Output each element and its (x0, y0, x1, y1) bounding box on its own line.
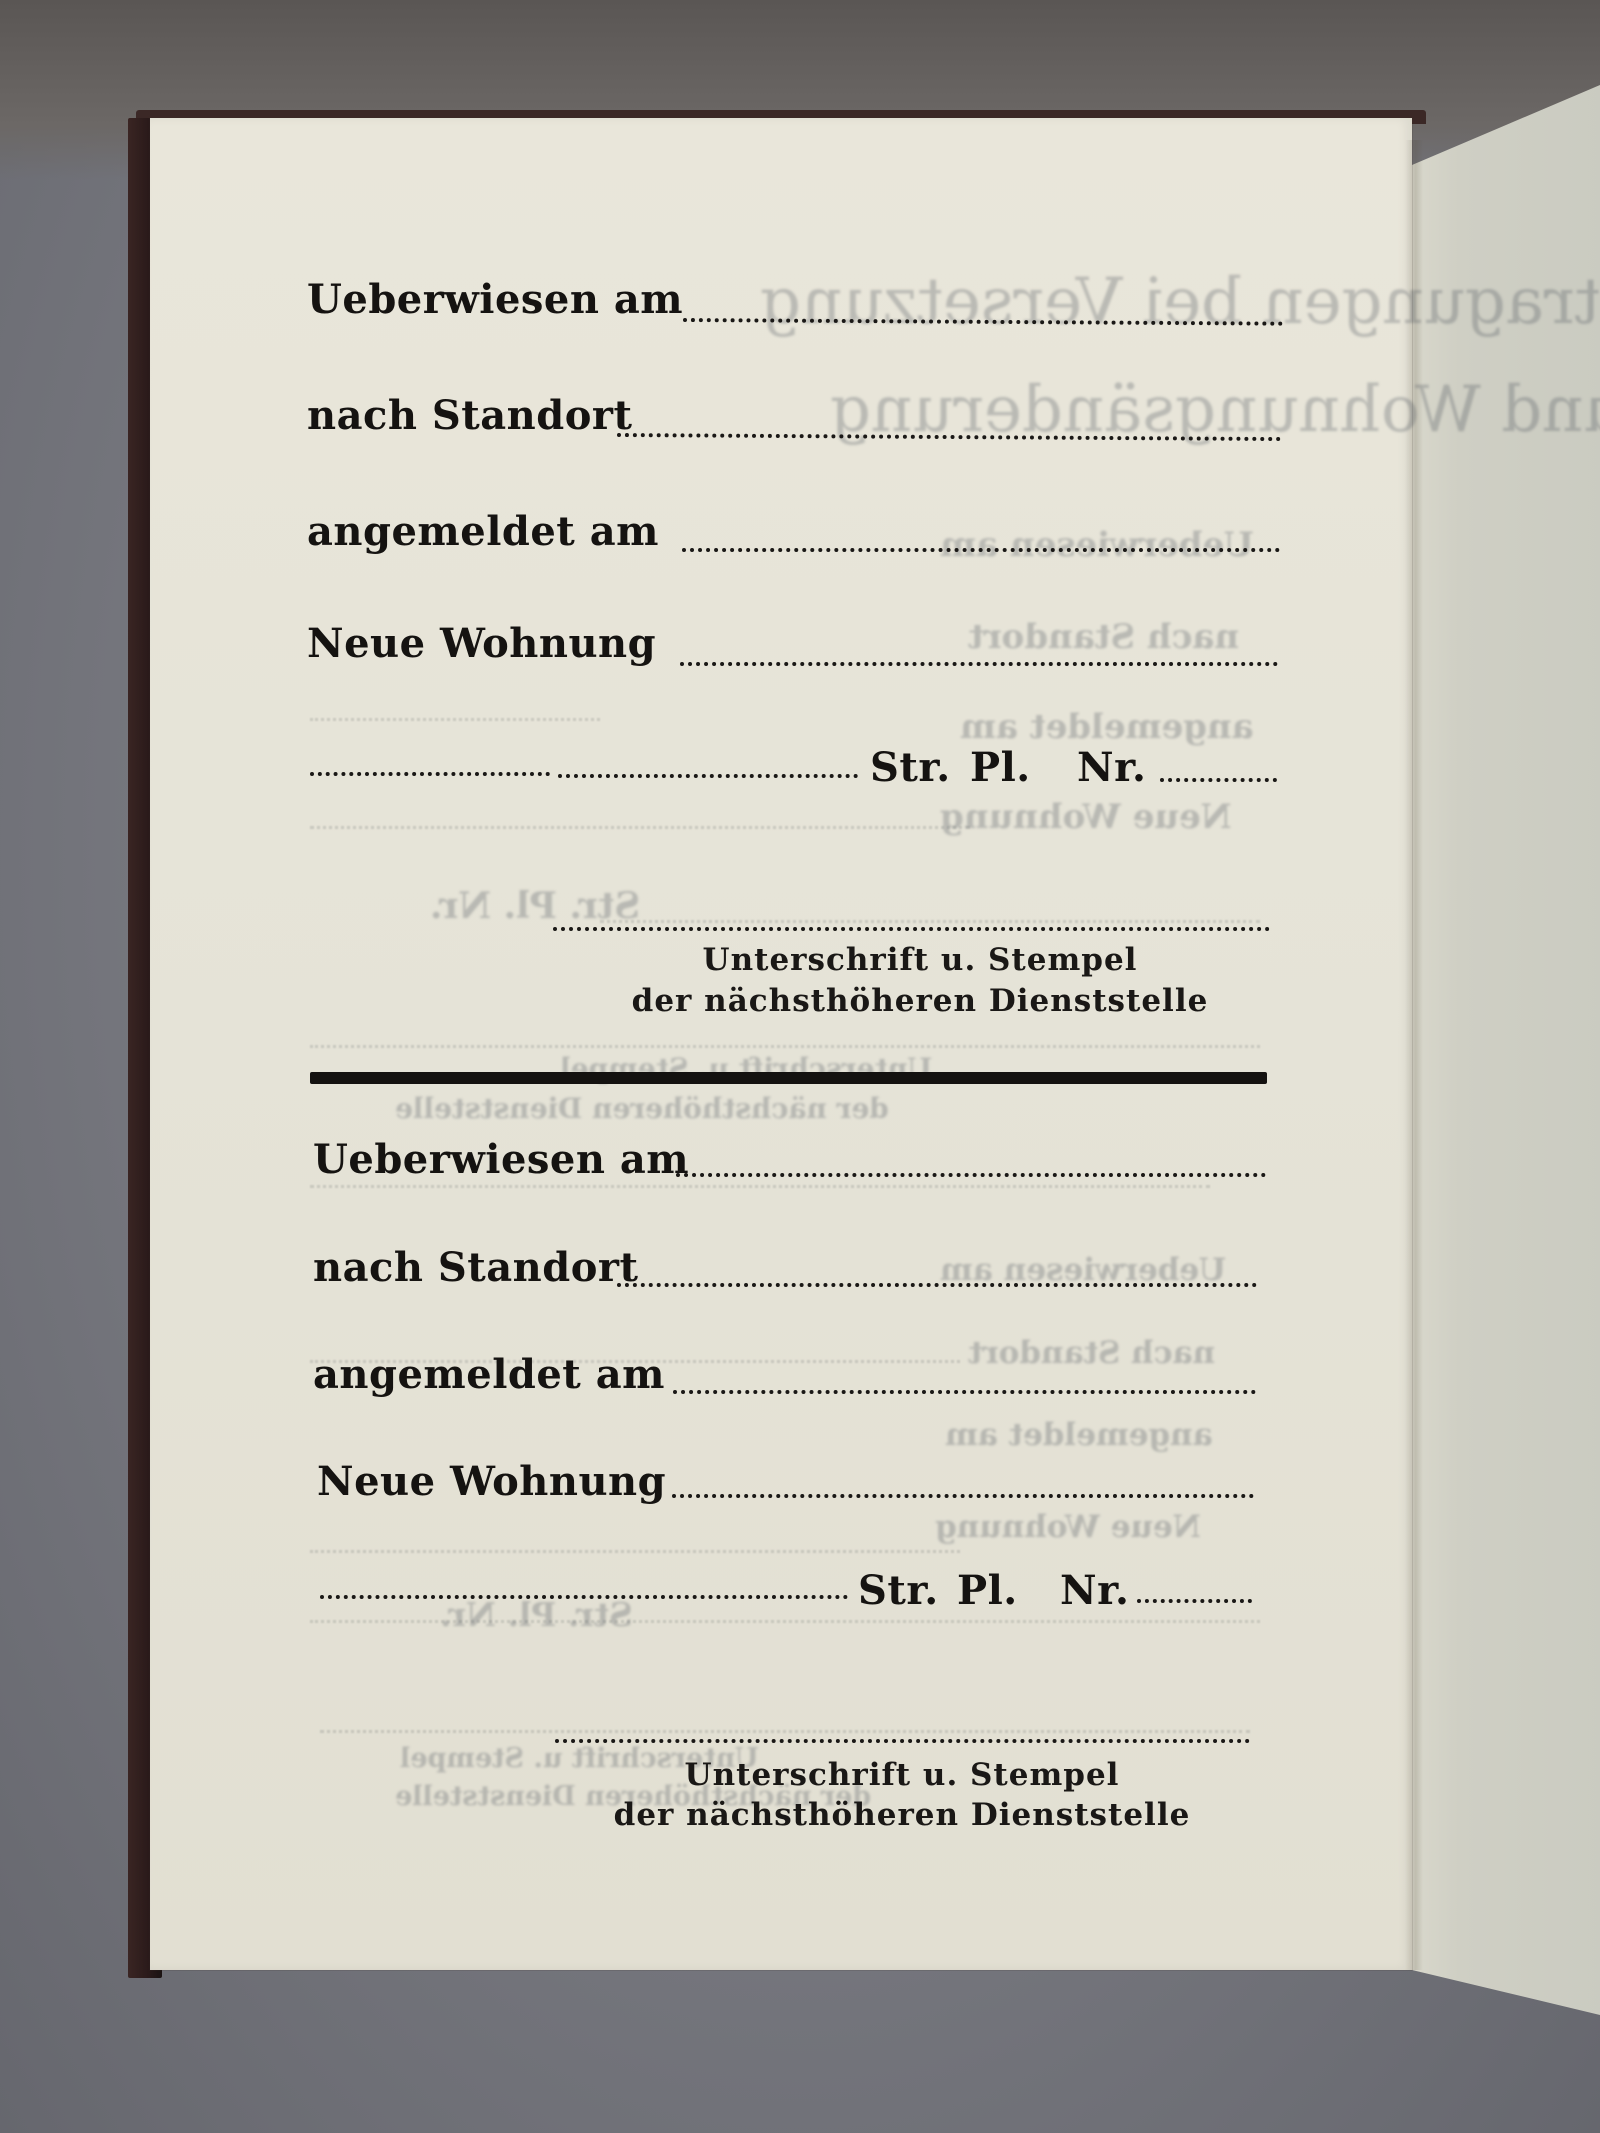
section-divider (310, 1072, 1267, 1084)
signature-line[interactable] (553, 927, 1270, 931)
signature-caption-line2: der nächsthöheren Dienststelle (582, 1800, 1222, 1831)
ghost-dotted-line (310, 826, 970, 829)
blank-line-address-part1[interactable] (310, 772, 550, 776)
field-label: Neue Wohnung (307, 624, 656, 664)
blank-line-house-number[interactable] (1160, 778, 1277, 782)
blank-line-angemeldet-am[interactable] (682, 548, 1280, 552)
ghost-dotted-line (310, 1620, 1260, 1623)
place-label: Pl. (957, 1571, 1018, 1611)
field-label: Ueberwiesen am (307, 280, 683, 320)
ghost-label: Neue Wohnung (940, 800, 1232, 834)
place-label: Pl. (970, 748, 1031, 788)
blank-line-angemeldet-am[interactable] (673, 1390, 1256, 1394)
signature-caption-line1: Unterschrift u. Stempel (600, 945, 1240, 976)
ghost-dotted-line (310, 1185, 1210, 1188)
ghost-dotted-line (600, 920, 1260, 923)
ghost-dotted-line (310, 718, 600, 721)
ghost-label: Str. Pl. Nr. (440, 1598, 633, 1631)
ghost-dotted-line (320, 1730, 1250, 1733)
ghost-label: Ueberwiesen am (940, 528, 1254, 562)
ghost-dotted-line (310, 1550, 960, 1553)
field-label: angemeldet am (307, 512, 659, 552)
ghost-label: Str. Pl. Nr. (430, 888, 640, 924)
ghost-label: Ueberwiesen am (940, 1255, 1226, 1286)
blank-line-neue-wohnung[interactable] (680, 662, 1278, 666)
ghost-dotted-line (310, 1045, 1260, 1048)
blank-line-house-number[interactable] (1137, 1599, 1252, 1603)
ghost-label: Neue Wohnung (935, 1512, 1201, 1543)
blank-line-ueberwiesen-am[interactable] (676, 1173, 1266, 1177)
number-label: Nr. (1060, 1571, 1129, 1611)
blank-line-address-part2[interactable] (558, 774, 858, 778)
number-label: Nr. (1077, 748, 1146, 788)
ghost-label: der nächsthöheren Dienststelle (395, 1095, 889, 1123)
signature-caption-line1: Unterschrift u. Stempel (582, 1760, 1222, 1791)
street-label: Str. (870, 748, 951, 788)
street-label: Str. (858, 1571, 939, 1611)
signature-line[interactable] (555, 1739, 1250, 1743)
field-label: Neue Wohnung (317, 1462, 666, 1502)
field-label: nach Standort (307, 396, 632, 436)
blank-line-address[interactable] (320, 1595, 848, 1599)
field-label: Ueberwiesen am (313, 1140, 689, 1180)
blank-line-nach-standort[interactable] (617, 1283, 1257, 1287)
ghost-label: nach Standort (968, 1338, 1215, 1369)
blank-line-neue-wohnung[interactable] (672, 1494, 1254, 1498)
field-label: angemeldet am (313, 1355, 665, 1395)
ghost-heading-line2: und Wohnungsänderung (830, 378, 1600, 442)
field-label: nach Standort (313, 1248, 638, 1288)
signature-caption-line2: der nächsthöheren Dienststelle (600, 986, 1240, 1017)
ghost-label: angemeldet am (945, 1420, 1213, 1451)
ghost-label: nach Standort (968, 620, 1239, 654)
ghost-label: angemeldet am (960, 710, 1254, 744)
